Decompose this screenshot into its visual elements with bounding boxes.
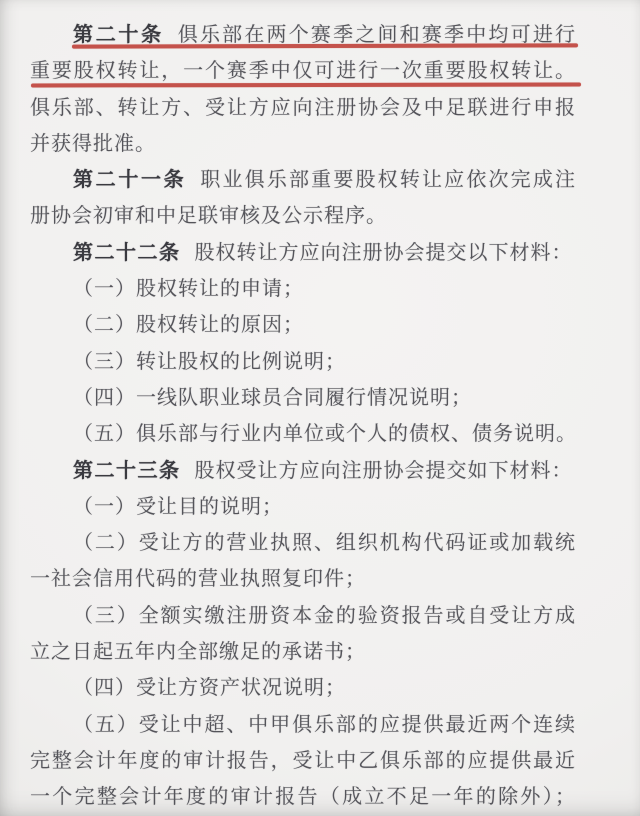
line-text: 俱乐部、转让方、受让方应向注册协会及中足联进行申报 xyxy=(30,95,576,119)
line-text: （二）受让方的营业执照、组织机构代码证或加载统 xyxy=(73,530,576,554)
line-text: （四）一线队职业球员合同履行情况说明； xyxy=(73,385,472,409)
text-line: （二）股权转让的原因； xyxy=(30,306,576,342)
line-text: （五）俱乐部与行业内单位或个人的债权、债务说明。 xyxy=(73,421,577,445)
text-line: 重要股权转让，一个赛季中仅可进行一次重要股权转让。 xyxy=(30,52,576,88)
line-text: （二）股权转让的原因； xyxy=(73,312,304,336)
line-text: （一）股权转让的申请； xyxy=(73,276,304,300)
line-text: 一个完整会计年度的审计报告（成立不足一年的除外）； xyxy=(30,784,576,808)
line-text: 完整会计年度的审计报告，受让中乙俱乐部的应提供最近 xyxy=(30,748,576,772)
text-line: 第二十二条股权转让方应向注册协会提交以下材料： xyxy=(30,234,576,270)
text-line: 第二十三条股权受让方应向注册协会提交如下材料： xyxy=(30,452,576,488)
text-line: 册协会初审和中足联审核及公示程序。 xyxy=(30,197,576,233)
scanned-document-page: 第二十条俱乐部在两个赛季之间和赛季中均可进行重要股权转让，一个赛季中仅可进行一次… xyxy=(0,0,640,816)
text-line: （五）俱乐部与行业内单位或个人的债权、债务说明。 xyxy=(30,415,576,451)
document-body: 第二十条俱乐部在两个赛季之间和赛季中均可进行重要股权转让，一个赛季中仅可进行一次… xyxy=(30,16,576,815)
text-line: 俱乐部、转让方、受让方应向注册协会及中足联进行申报 xyxy=(30,89,576,125)
line-text: 股权转让方应向注册协会提交以下材料： xyxy=(195,240,573,264)
line-text: （四）受让方资产状况说明； xyxy=(73,675,346,699)
text-line: 第二十一条职业俱乐部重要股权转让应依次完成注 xyxy=(30,161,576,197)
text-line: （三）转让股权的比例说明； xyxy=(30,343,576,379)
article-number: 第二十一条 xyxy=(73,167,186,191)
line-text: 职业俱乐部重要股权转让应依次完成注 xyxy=(200,167,576,191)
text-line: （一）股权转让的申请； xyxy=(30,270,576,306)
line-text: 一社会信用代码的营业执照复印件； xyxy=(30,566,366,590)
text-line: （五）受让中超、中甲俱乐部的应提供最近两个连续 xyxy=(30,706,576,742)
text-line: （三）全额实缴注册资本金的验资报告或自受让方成 xyxy=(30,597,576,633)
line-text: 俱乐部在两个赛季之间和赛季中均可进行 xyxy=(178,22,576,46)
line-text: （三）转让股权的比例说明； xyxy=(73,349,346,373)
text-line: 第二十条俱乐部在两个赛季之间和赛季中均可进行 xyxy=(30,16,576,52)
line-text: （一）受让目的说明； xyxy=(73,494,283,518)
text-line: （四）一线队职业球员合同履行情况说明； xyxy=(30,379,576,415)
text-line: 并获得批准。 xyxy=(30,125,576,161)
line-text: 重要股权转让，一个赛季中仅可进行一次重要股权转让。 xyxy=(30,58,576,82)
line-text: （五）受让中超、中甲俱乐部的应提供最近两个连续 xyxy=(73,712,576,736)
text-line: 一社会信用代码的营业执照复印件； xyxy=(30,560,576,596)
article-number: 第二十条 xyxy=(73,22,164,46)
line-text: 并获得批准。 xyxy=(30,131,156,155)
line-text: 股权受让方应向注册协会提交如下材料： xyxy=(195,458,573,482)
text-line: （二）受让方的营业执照、组织机构代码证或加载统 xyxy=(30,524,576,560)
text-line: 完整会计年度的审计报告，受让中乙俱乐部的应提供最近 xyxy=(30,742,576,778)
red-underline-mark xyxy=(72,44,578,49)
article-number: 第二十二条 xyxy=(73,240,181,264)
text-line: 一个完整会计年度的审计报告（成立不足一年的除外）； xyxy=(30,778,576,814)
line-text: （三）全额实缴注册资本金的验资报告或自受让方成 xyxy=(73,603,576,627)
red-underline-mark xyxy=(31,82,581,87)
line-text: 册协会初审和中足联审核及公示程序。 xyxy=(30,203,387,227)
article-number: 第二十三条 xyxy=(73,458,181,482)
text-line: （四）受让方资产状况说明； xyxy=(30,669,576,705)
text-line: （一）受让目的说明； xyxy=(30,488,576,524)
line-text: 立之日起五年内全部缴足的承诺书； xyxy=(30,639,366,663)
text-line: 立之日起五年内全部缴足的承诺书； xyxy=(30,633,576,669)
